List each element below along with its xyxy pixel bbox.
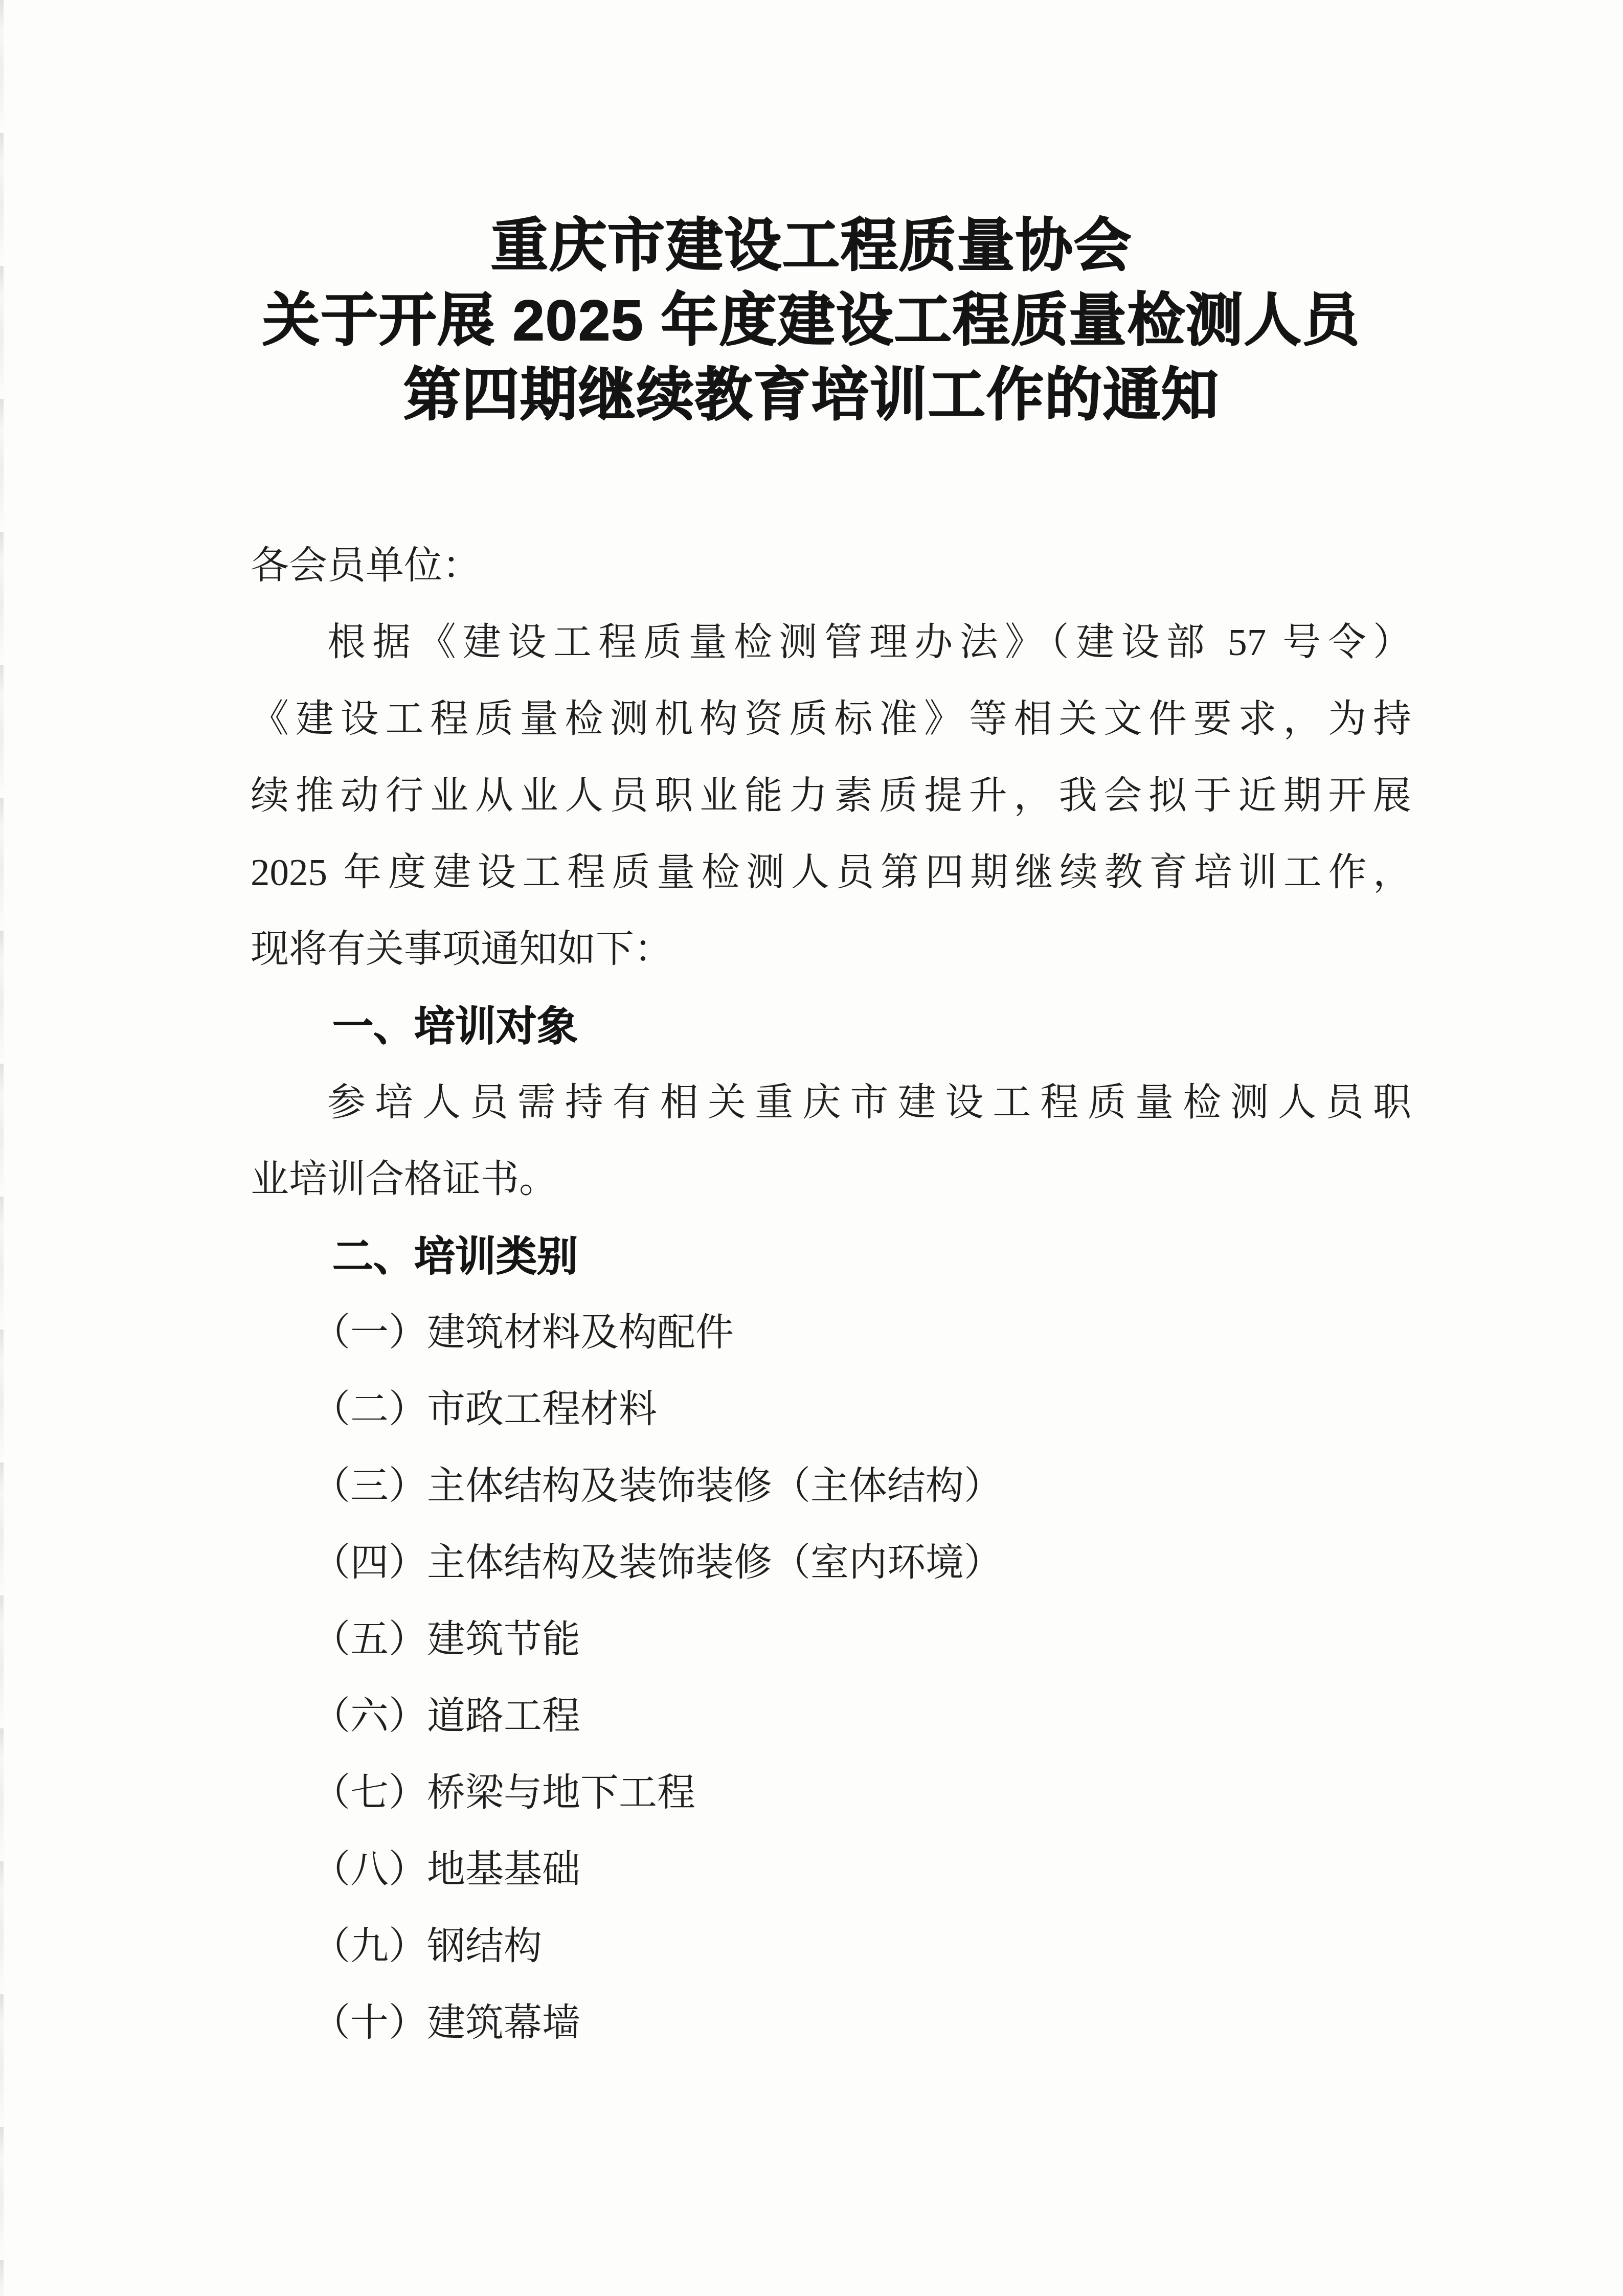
paragraph-1-line-1: 根据《建设工程质量检测管理办法》（建设部 57 号令） [251, 604, 1411, 681]
section-1-heading: 一、培训对象 [251, 988, 1411, 1065]
document-body: 各会员单位： 根据《建设工程质量检测管理办法》（建设部 57 号令） 《建设工程… [251, 528, 1411, 2062]
category-item-3: （三）主体结构及装饰装修（主体结构） [251, 1448, 1411, 1525]
category-item-6: （六）道路工程 [251, 1678, 1411, 1755]
scan-edge-artifact [0, 0, 4, 2296]
title-line-2: 关于开展 2025 年度建设工程质量检测人员 [123, 283, 1500, 358]
category-item-2: （二）市政工程材料 [251, 1371, 1411, 1448]
category-item-1: （一）建筑材料及构配件 [251, 1295, 1411, 1371]
paragraph-1-line-5: 现将有关事项通知如下： [251, 911, 1411, 988]
paragraph-1-line-4: 2025 年度建设工程质量检测人员第四期继续教育培训工作， [251, 835, 1411, 911]
paragraph-1-line-2: 《建设工程质量检测机构资质标准》等相关文件要求，为持 [251, 681, 1411, 758]
category-item-7: （七）桥梁与地下工程 [251, 1755, 1411, 1832]
category-item-4: （四）主体结构及装饰装修（室内环境） [251, 1525, 1411, 1602]
section-1-line-2: 业培训合格证书。 [251, 1141, 1411, 1218]
salutation: 各会员单位： [251, 528, 1411, 604]
section-1-line-1: 参培人员需持有相关重庆市建设工程质量检测人员职 [251, 1065, 1411, 1141]
document-title: 重庆市建设工程质量协会 关于开展 2025 年度建设工程质量检测人员 第四期继续… [123, 209, 1500, 433]
category-item-10: （十）建筑幕墙 [251, 1985, 1411, 2062]
title-line-3: 第四期继续教育培训工作的通知 [123, 358, 1500, 433]
category-item-9: （九）钢结构 [251, 1908, 1411, 1985]
section-2-heading: 二、培训类别 [251, 1218, 1411, 1295]
title-line-1: 重庆市建设工程质量协会 [123, 209, 1500, 283]
category-item-5: （五）建筑节能 [251, 1602, 1411, 1678]
paragraph-1-line-3: 续推动行业从业人员职业能力素质提升，我会拟于近期开展 [251, 758, 1411, 835]
category-item-8: （八）地基基础 [251, 1832, 1411, 1908]
scanned-notice-page: 重庆市建设工程质量协会 关于开展 2025 年度建设工程质量检测人员 第四期继续… [0, 0, 1623, 2296]
